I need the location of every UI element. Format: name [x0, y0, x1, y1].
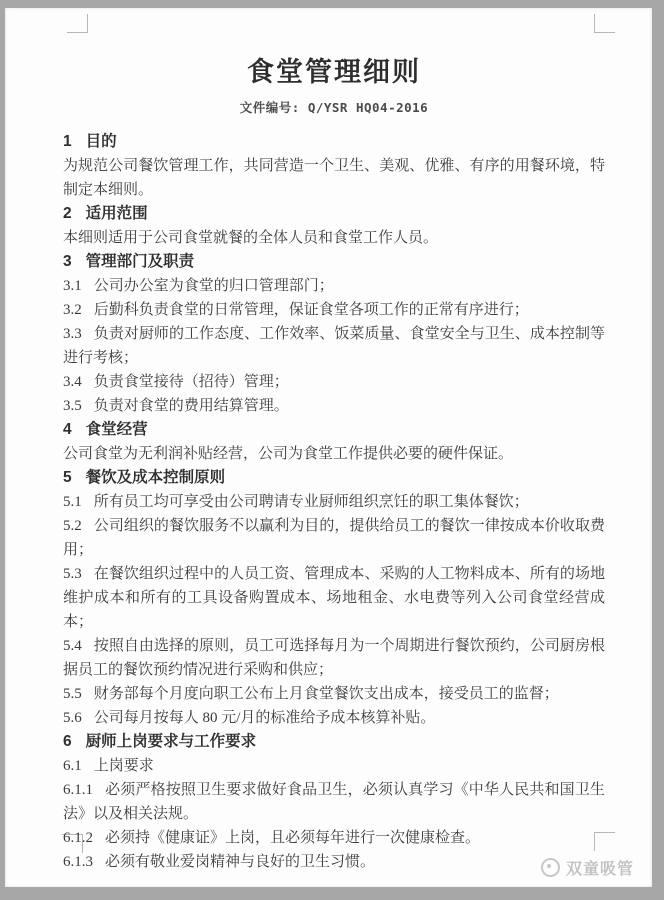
- list-item: 5.2公司组织的餐饮服务不以赢利为目的，提供给员工的餐饮一律按成本价收取费用；: [63, 514, 605, 562]
- document-number-value: Q/YSR HQ04-2016: [308, 100, 428, 115]
- item-text: 在餐饮组织过程中的人员工资、管理成本、采购的人工物料成本、所有的场地维护成本和所…: [63, 566, 605, 630]
- list-item: 3.5负责对食堂的费用结算管理。: [63, 394, 605, 418]
- list-item: 5.5财务部每个月度向职工公布上月食堂餐饮支出成本，接受员工的监督；: [63, 682, 605, 706]
- item-number: 5.6: [63, 710, 82, 726]
- section-number: 3: [63, 253, 72, 270]
- section-number: 5: [63, 469, 72, 486]
- item-text: 必须持《健康证》上岗，且必须每年进行一次健康检查。: [105, 830, 480, 846]
- section-number: 6: [63, 733, 72, 750]
- document-number: 文件编号: Q/YSR HQ04-2016: [63, 99, 605, 117]
- item-text: 公司组织的餐饮服务不以赢利为目的，提供给员工的餐饮一律按成本价收取费用；: [63, 518, 605, 558]
- section-number: 1: [63, 133, 72, 150]
- item-number: 3.4: [63, 374, 82, 390]
- item-text: 负责对厨师的工作态度、工作效率、饭菜质量、食堂安全与卫生、成本控制等进行考核；: [63, 326, 605, 366]
- item-number: 6.1.1: [63, 782, 93, 798]
- item-text: 必须严格按照卫生要求做好食品卫生，必须认真学习《中华人民共和国卫生法》以及相关法…: [63, 782, 605, 822]
- section-heading: 5餐饮及成本控制原则: [63, 466, 605, 490]
- section-number: 2: [63, 205, 72, 222]
- section-management: 3管理部门及职责 3.1公司办公室为食堂的归口管理部门； 3.2后勤科负责食堂的…: [63, 250, 605, 418]
- item-text: 财务部每个月度向职工公布上月食堂餐饮支出成本，接受员工的监督；: [94, 686, 559, 702]
- section-operation: 4食堂经营 公司食堂为无利润补贴经营，公司为食堂工作提供必要的硬件保证。: [63, 418, 605, 466]
- list-item: 3.3负责对厨师的工作态度、工作效率、饭菜质量、食堂安全与卫生、成本控制等进行考…: [63, 322, 605, 370]
- item-text: 所有员工均可享受由公司聘请专业厨师组织烹饪的职工集体餐饮；: [94, 494, 529, 510]
- item-text: 公司办公室为食堂的归口管理部门；: [94, 278, 334, 294]
- list-item: 5.4按照自由选择的原则，员工可选择每月为一个周期进行餐饮预约，公司厨房根据员工…: [63, 634, 605, 682]
- item-number: 3.3: [63, 326, 82, 342]
- item-text: 公司每月按每人 80 元/月的标准给予成本核算补贴。: [94, 710, 436, 726]
- section-title: 管理部门及职责: [86, 253, 195, 270]
- list-item: 6.1.3必须有敬业爱岗精神与良好的卫生习惯。: [63, 850, 605, 874]
- list-item: 5.3在餐饮组织过程中的人员工资、管理成本、采购的人工物料成本、所有的场地维护成…: [63, 562, 605, 634]
- page-title: 食堂管理细则: [63, 53, 605, 91]
- list-item: 6.1.2必须持《健康证》上岗，且必须每年进行一次健康检查。: [63, 826, 605, 850]
- item-number: 5.2: [63, 518, 82, 534]
- list-item: 3.1公司办公室为食堂的归口管理部门；: [63, 274, 605, 298]
- section-purpose: 1目的 为规范公司餐饮管理工作，共同营造一个卫生、美观、优雅、有序的用餐环境，特…: [63, 130, 605, 202]
- section-title: 适用范围: [86, 205, 148, 222]
- paragraph: 本细则适用于公司食堂就餐的全体人员和食堂工作人员。: [63, 226, 605, 250]
- section-heading: 1目的: [63, 130, 605, 154]
- item-number: 3.5: [63, 398, 82, 414]
- list-item: 3.2后勤科负责食堂的日常管理，保证食堂各项工作的正常有序进行；: [63, 298, 605, 322]
- item-text: 按照自由选择的原则，员工可选择每月为一个周期进行餐饮预约，公司厨房根据员工的餐饮…: [63, 638, 605, 678]
- paragraph: 为规范公司餐饮管理工作，共同营造一个卫生、美观、优雅、有序的用餐环境，特制定本细…: [63, 154, 605, 202]
- item-number: 5.3: [63, 566, 82, 582]
- item-number: 6.1.3: [63, 854, 93, 870]
- item-text: 后勤科负责食堂的日常管理，保证食堂各项工作的正常有序进行；: [94, 302, 529, 318]
- section-chef-requirements: 6厨师上岗要求与工作要求 6.1上岗要求 6.1.1必须严格按照卫生要求做好食品…: [63, 730, 605, 874]
- section-number: 4: [63, 421, 72, 438]
- paragraph: 公司食堂为无利润补贴经营，公司为食堂工作提供必要的硬件保证。: [63, 442, 605, 466]
- item-text: 必须有敬业爱岗精神与良好的卫生习惯。: [105, 854, 375, 870]
- section-title: 厨师上岗要求与工作要求: [86, 733, 257, 750]
- watermark-text: 双童吸管: [566, 856, 634, 879]
- item-number: 3.2: [63, 302, 82, 318]
- list-item: 6.1.1必须严格按照卫生要求做好食品卫生，必须认真学习《中华人民共和国卫生法》…: [63, 778, 605, 826]
- item-text: 上岗要求: [94, 758, 154, 774]
- document-number-label: 文件编号:: [240, 100, 300, 115]
- section-heading: 4食堂经营: [63, 418, 605, 442]
- item-number: 5.5: [63, 686, 82, 702]
- section-title: 目的: [86, 133, 117, 150]
- document-content: 食堂管理细则 文件编号: Q/YSR HQ04-2016 1目的 为规范公司餐饮…: [63, 8, 605, 874]
- watermark: 双童吸管: [541, 856, 634, 879]
- item-text: 负责食堂接待（招待）管理；: [94, 374, 289, 390]
- section-title: 食堂经营: [86, 421, 148, 438]
- item-text: 负责对食堂的费用结算管理。: [94, 398, 289, 414]
- swirl-logo-icon: [541, 858, 560, 877]
- list-item: 5.6公司每月按每人 80 元/月的标准给予成本核算补贴。: [63, 706, 605, 730]
- section-cost-control: 5餐饮及成本控制原则 5.1所有员工均可享受由公司聘请专业厨师组织烹饪的职工集体…: [63, 466, 605, 730]
- list-item: 3.4负责食堂接待（招待）管理；: [63, 370, 605, 394]
- item-number: 6.1.2: [63, 830, 93, 846]
- item-number: 5.1: [63, 494, 82, 510]
- section-heading: 2适用范围: [63, 202, 605, 226]
- section-heading: 3管理部门及职责: [63, 250, 605, 274]
- item-number: 6.1: [63, 758, 82, 774]
- list-item: 5.1所有员工均可享受由公司聘请专业厨师组织烹饪的职工集体餐饮；: [63, 490, 605, 514]
- document-page: 食堂管理细则 文件编号: Q/YSR HQ04-2016 1目的 为规范公司餐饮…: [5, 8, 652, 887]
- section-scope: 2适用范围 本细则适用于公司食堂就餐的全体人员和食堂工作人员。: [63, 202, 605, 250]
- item-number: 3.1: [63, 278, 82, 294]
- list-item: 6.1上岗要求: [63, 754, 605, 778]
- item-number: 5.4: [63, 638, 82, 654]
- section-title: 餐饮及成本控制原则: [86, 469, 226, 486]
- section-heading: 6厨师上岗要求与工作要求: [63, 730, 605, 754]
